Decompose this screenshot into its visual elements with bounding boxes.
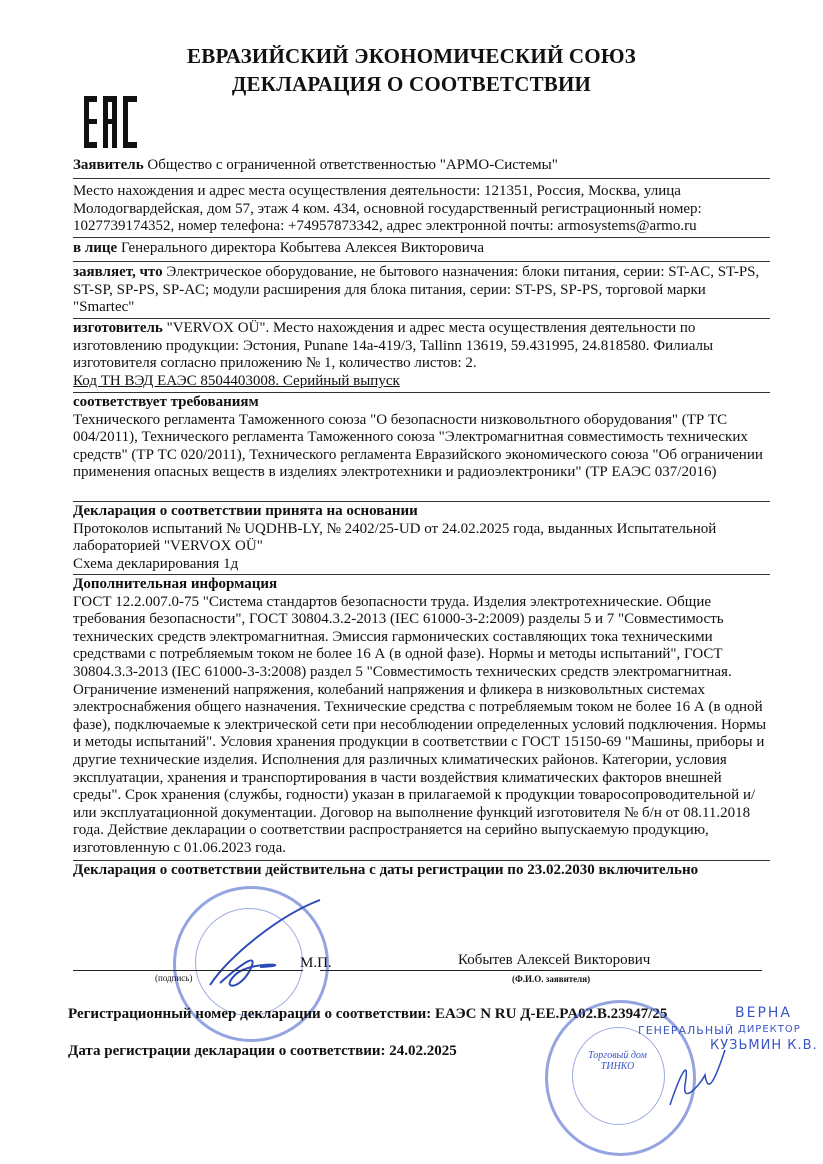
divider: [73, 392, 770, 393]
certifier-signature-icon: [660, 1045, 730, 1115]
signature-line: [73, 970, 303, 971]
declaration-scheme: Схема декларирования 1д: [73, 556, 768, 574]
applicant-address: Место нахождения и адрес места осуществл…: [73, 183, 768, 236]
declares-value: Электрическое оборудование, не бытового …: [73, 264, 759, 315]
divider: [73, 574, 770, 575]
signer-name: Кобытев Алексей Викторович: [458, 952, 650, 969]
stamp-director: ДИРЕКТОР: [738, 1024, 801, 1035]
product-declaration: заявляет, что Электрическое оборудование…: [73, 264, 768, 317]
applicant-value: Общество с ограниченной ответственностью…: [144, 157, 558, 173]
declares-label: заявляет, что: [73, 264, 163, 280]
represented-by-value: Генерального директора Кобытева Алексея …: [117, 240, 484, 256]
stamp-general: ГЕНЕРАЛЬНЫЙ: [638, 1024, 734, 1037]
signature-caption: (подпись): [155, 973, 192, 983]
registration-date-value: 24.02.2025: [389, 1043, 457, 1059]
represented-by: в лице Генерального директора Кобытева А…: [73, 240, 768, 258]
basis-value: Протоколов испытаний № UQDHB-LY, № 2402/…: [73, 521, 768, 556]
applicant-label: Заявитель: [73, 157, 144, 173]
represented-by-label: в лице: [73, 240, 117, 256]
divider: [73, 237, 770, 238]
validity: Декларация о соответствии действительна …: [73, 862, 793, 880]
stamp-company: Торговый дом ТИНКО: [585, 1050, 650, 1072]
divider: [73, 261, 770, 262]
name-caption: (Ф.И.О. заявителя): [512, 974, 590, 984]
divider: [73, 501, 770, 502]
document-title: ДЕКЛАРАЦИЯ О СООТВЕТСТВИИ: [0, 72, 823, 97]
stamp-verna: ВЕРНА: [735, 1005, 792, 1021]
eac-mark-icon: [84, 96, 140, 148]
divider: [73, 860, 770, 861]
divider: [73, 178, 770, 179]
certification-stamp-inner: [572, 1027, 665, 1125]
additional-info: Дополнительная информация ГОСТ 12.2.007.…: [73, 576, 768, 858]
manufacturer-value: "VERVOX OÜ". Место нахождения и адрес ме…: [73, 320, 713, 371]
divider: [73, 318, 770, 319]
registration-number-label: Регистрационный номер декларации о соотв…: [68, 1006, 431, 1022]
hs-code: Код ТН ВЭД ЕАЭС 8504403008. Серийный вып…: [73, 373, 768, 391]
basis-label: Декларация о соответствии принята на осн…: [73, 503, 418, 519]
union-title: ЕВРАЗИЙСКИЙ ЭКОНОМИЧЕСКИЙ СОЮЗ: [0, 44, 823, 69]
manufacturer-label: изготовитель: [73, 320, 163, 336]
eac-logo: [84, 96, 140, 148]
requirements-label: соответствует требованиям: [73, 394, 259, 410]
basis: Декларация о соответствии принята на осн…: [73, 503, 768, 573]
registration-date: Дата регистрации декларации о соответств…: [68, 1043, 457, 1060]
requirements: соответствует требованиям Технического р…: [73, 394, 768, 482]
applicant: Заявитель Общество с ограниченной ответс…: [73, 157, 768, 175]
name-line: [320, 970, 762, 971]
additional-value: ГОСТ 12.2.007.0-75 "Система стандартов б…: [73, 594, 768, 858]
registration-date-label: Дата регистрации декларации о соответств…: [68, 1043, 386, 1059]
manufacturer: изготовитель "VERVOX OÜ". Место нахожден…: [73, 320, 768, 390]
signature-scribble-icon: [190, 895, 330, 1005]
additional-label: Дополнительная информация: [73, 576, 277, 592]
requirements-value: Технического регламента Таможенного союз…: [73, 412, 768, 482]
